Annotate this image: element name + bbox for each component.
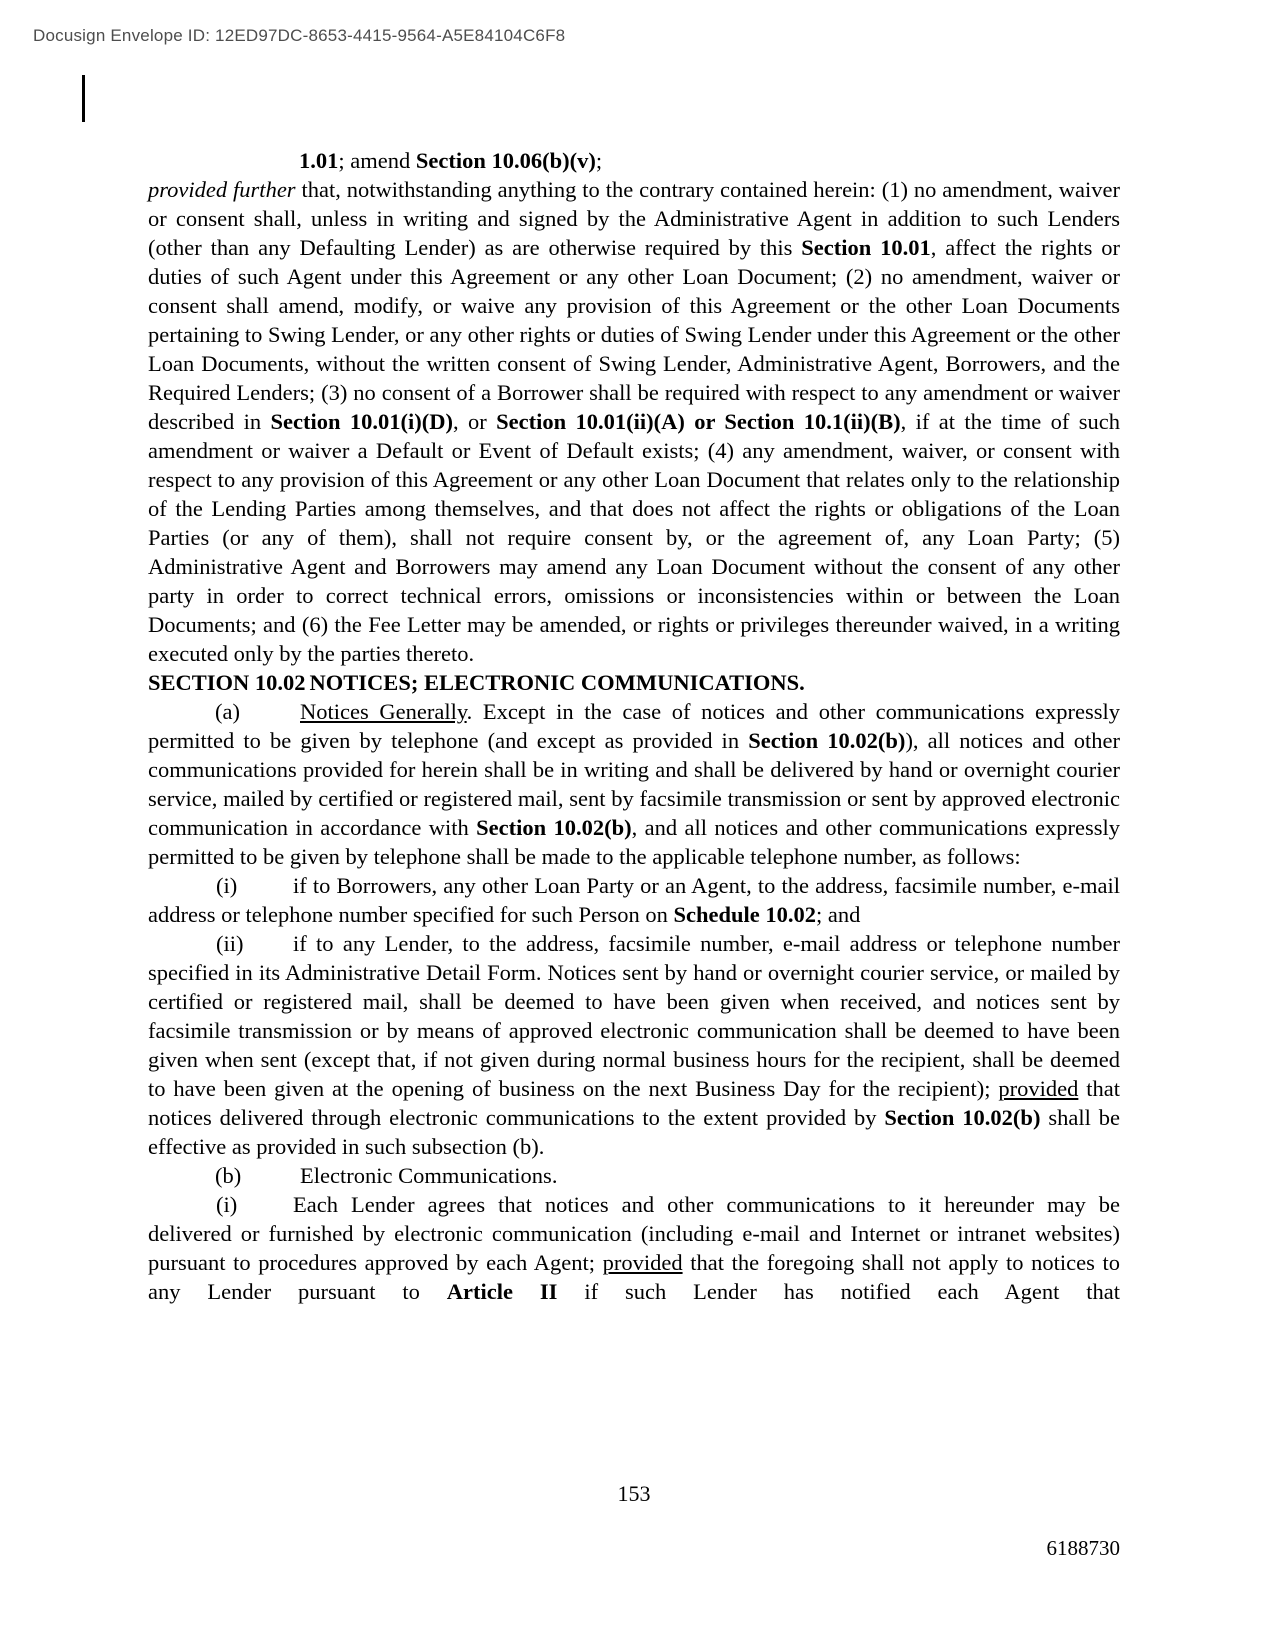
item-a-i: (i)if to Borrowers, any other Loan Party… [148,871,1120,929]
page-number: 153 [148,1481,1120,1507]
text-run: Section 10.02(b) [748,728,905,753]
text-run: Section 10.02(b) [884,1105,1040,1130]
item-a-i-marker: (i) [216,871,293,900]
text-run: Notices Generally [300,699,467,724]
paragraph-a-marker: (a) [215,697,300,726]
document-body: 1.01; amend Section 10.06(b)(v); provide… [148,146,1120,1306]
document-page: Docusign Envelope ID: 12ED97DC-8653-4415… [0,0,1275,1650]
text-run: , affect the rights or duties of such Ag… [148,235,1120,434]
text-run: Section 10.02(b) [476,815,632,840]
text-run: provided [603,1250,683,1275]
item-a-ii-text: if to any Lender, to the address, facsim… [148,931,1120,1159]
text-run: if to any Lender, to the address, facsim… [148,931,1120,1101]
text-run: , if at the time of such amendment or wa… [148,409,1120,666]
section-number: SECTION 10.02 [148,670,306,695]
text-run: Section 10.01(ii)(A) or Section 10.1(ii)… [496,409,901,434]
intro-line: 1.01; amend Section 10.06(b)(v); [148,146,1120,175]
text-run: , or [453,409,496,434]
text-run: ; amend [338,148,415,173]
section-title: NOTICES; ELECTRONIC COMMUNICATIONS. [310,670,805,695]
margin-change-bar [82,75,85,122]
text-run: Article II [447,1279,558,1304]
docusign-envelope-id: Docusign Envelope ID: 12ED97DC-8653-4415… [33,26,565,46]
item-b-i-text: Each Lender agrees that notices and othe… [148,1192,1120,1304]
text-run: 1.01 [299,148,338,173]
document-control-number: 6188730 [148,1536,1120,1561]
item-b-i-marker: (i) [216,1190,293,1219]
text-run: Schedule 10.02 [673,902,816,927]
text-run: if such Lender has notified each Agent t… [557,1279,1120,1304]
paragraph-a: (a)Notices Generally. Except in the case… [148,697,1120,871]
item-b-i: (i)Each Lender agrees that notices and o… [148,1190,1120,1306]
section-heading: SECTION 10.02NOTICES; ELECTRONIC COMMUNI… [148,668,1120,697]
text-run: Section 10.06(b)(v) [416,148,596,173]
text-run: Section 10.01 [801,235,930,260]
item-a-i-text: if to Borrowers, any other Loan Party or… [148,873,1120,927]
text-run: Electronic Communications. [300,1163,557,1188]
text-run: ; [596,148,602,173]
text-run: provided [998,1076,1078,1101]
item-a-ii-marker: (ii) [216,929,293,958]
text-run: Section 10.01(i)(D) [270,409,452,434]
text-run: if to Borrowers, any other Loan Party or… [148,873,1120,927]
paragraph-b: (b)Electronic Communications. [148,1161,1120,1190]
paragraph-b-marker: (b) [215,1161,300,1190]
text-run: ; and [816,902,860,927]
item-a-ii: (ii)if to any Lender, to the address, fa… [148,929,1120,1161]
paragraph-b-text: Electronic Communications. [300,1163,557,1188]
amendment-provisions-paragraph: provided further that, notwithstanding a… [148,175,1120,668]
text-run: provided further [148,177,296,202]
